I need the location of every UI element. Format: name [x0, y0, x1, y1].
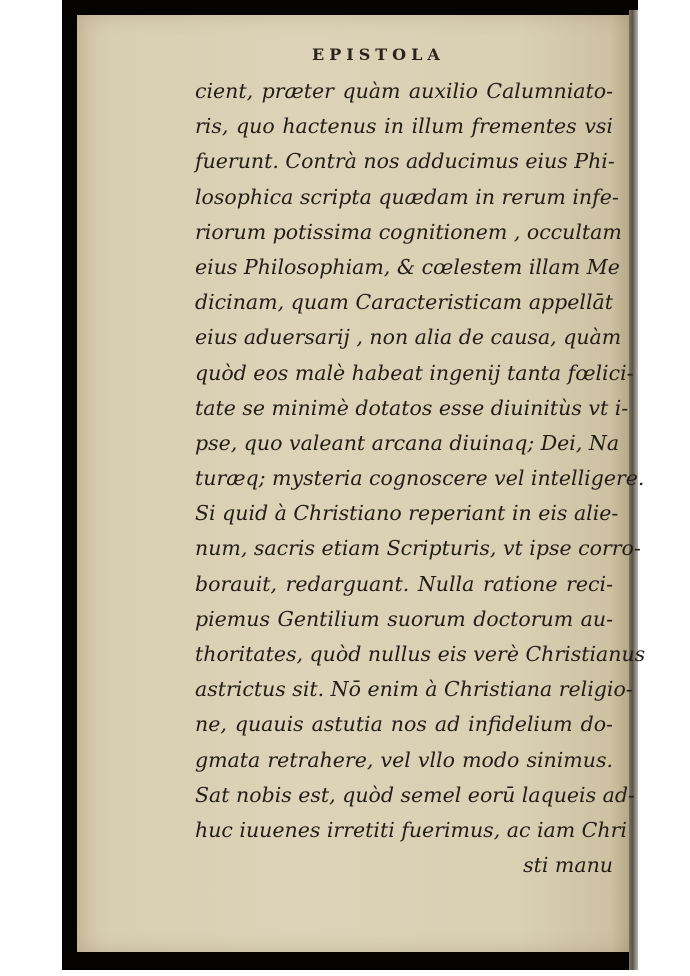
text-line: huc iuuenes irretiti fuerimus, ac iam Ch…	[195, 813, 613, 848]
text-line: fuerunt. Contrà nos adducimus eius Phi-	[195, 144, 613, 179]
text-line: losophica scripta quӕdam in rerum infe-	[195, 180, 613, 215]
text-line: eius Philosophiam, & cœlestem illam Me	[195, 250, 613, 285]
page-edge	[629, 10, 638, 970]
text-line: riorum potissima cognitionem , occultam	[195, 215, 613, 250]
text-line: piemus Gentilium suorum doctorum au-	[195, 602, 613, 637]
text-line: Si quid à Christiano reperiant in eis al…	[195, 496, 613, 531]
text-line: gmata retrahere, vel vllo modo sinimus.	[195, 743, 613, 778]
text-line: pse, quo valeant arcana diuinaq; Dei, Na	[195, 426, 613, 461]
running-head: EPISTOLA	[312, 45, 445, 64]
catchword: sti manu	[195, 848, 613, 883]
text-line: tate se minimè dotatos esse diuinitùs vt…	[195, 391, 613, 426]
text-line: astrictus sit. Nō enim à Christiana reli…	[195, 672, 613, 707]
body-text: cient, prӕter quàm auxilio Calumniato- r…	[195, 74, 613, 883]
text-line: thoritates, quòd nullus eis verè Christi…	[195, 637, 613, 672]
text-line: eius aduersarij , non alia de causa, quà…	[195, 320, 613, 355]
text-line: turӕq; mysteria cognoscere vel intellige…	[195, 461, 613, 496]
text-line: quòd eos malè habeat ingenij tanta fœlic…	[195, 356, 613, 391]
text-line: cient, prӕter quàm auxilio Calumniato-	[195, 74, 613, 109]
text-line: ris, quo hactenus in illum frementes vsi	[195, 109, 613, 144]
text-line: num, sacris etiam Scripturis, vt ipse co…	[195, 531, 613, 566]
text-line: ne, quauis astutia nos ad infidelium do-	[195, 707, 613, 742]
text-line: borauit, redarguant. Nulla ratione reci-	[195, 567, 613, 602]
text-line: dicinam, quam Caracteristicam appellāt	[195, 285, 613, 320]
text-line: Sat nobis est, quòd semel eorū laqueis a…	[195, 778, 613, 813]
